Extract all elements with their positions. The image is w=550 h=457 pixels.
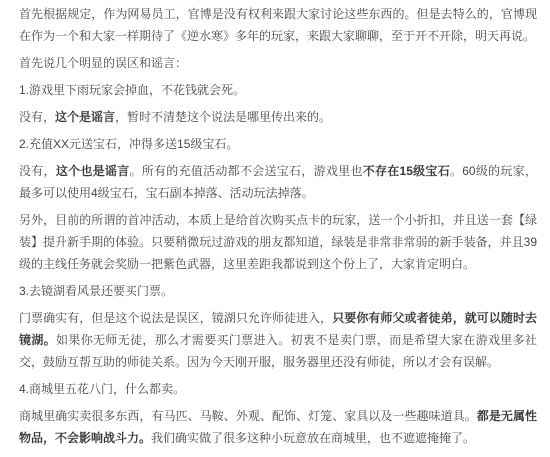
text-segment: 1.游戏里下雨玩家会掉血，不花钱就会死。 bbox=[19, 83, 245, 97]
article: 首先根据规定，作为网易员工，官博是没有权利来跟大家讨论这些东西的。但是去特么的，… bbox=[0, 0, 550, 457]
text-segment: 没有， bbox=[19, 164, 56, 178]
paragraph-rumor-2: 2.充值XX元送宝石，冲得多送15级宝石。 bbox=[19, 133, 537, 155]
paragraph-rumor-4-answer: 商城里确实卖很多东西，有马匹、马鞍、外观、配饰、灯笼、家具以及一些趣味道具。都是… bbox=[19, 405, 537, 449]
paragraph-intro: 首先根据规定，作为网易员工，官博是没有权利来跟大家讨论这些东西的。但是去特么的，… bbox=[19, 3, 537, 47]
paragraph-rumor-4: 4.商城里五花八门，什么都卖。 bbox=[19, 378, 537, 400]
text-segment: 3.去镜湖看风景还要买门票。 bbox=[19, 284, 173, 298]
paragraph-rumor-3: 3.去镜湖看风景还要买门票。 bbox=[19, 280, 537, 302]
text-segment: ，暂时不清楚这个说法是哪里传出来的。 bbox=[115, 110, 331, 124]
text-segment: 商城里确实卖很多东西，有马匹、马鞍、外观、配饰、灯笼、家具以及一些趣味道具。 bbox=[19, 409, 477, 423]
text-segment: 首先根据规定，作为网易员工，官博是没有权利来跟大家讨论这些东西的。但是去特么的，… bbox=[19, 7, 537, 43]
paragraph-rumor-2-extra: 另外，目前的所谓的首冲活动，本质上是给首次购买点卡的玩家，送一个小折扣，并且送一… bbox=[19, 209, 537, 275]
paragraph-rumor-2-answer: 没有，这个也是谣言。所有的充值活动都不会送宝石，游戏里也不存在15级宝石。60级… bbox=[19, 160, 537, 204]
text-segment: 门票确实有，但是这个说法是误区，镜湖只允许师徒进入， bbox=[19, 311, 332, 325]
paragraph-rumor-1-answer: 没有，这个是谣言，暂时不清楚这个说法是哪里传出来的。 bbox=[19, 106, 537, 128]
paragraph-rumor-3-answer: 门票确实有，但是这个说法是误区，镜湖只允许师徒进入，只要你有师父或者徒弟，就可以… bbox=[19, 307, 537, 373]
bold-segment: 这个是谣言 bbox=[55, 110, 115, 124]
text-segment: 另外，目前的所谓的首冲活动，本质上是给首次购买点卡的玩家，送一个小折扣，并且送一… bbox=[19, 213, 537, 271]
bold-segment: 不存在15级宝石 bbox=[363, 164, 450, 178]
paragraph-rumor-1: 1.游戏里下雨玩家会掉血，不花钱就会死。 bbox=[19, 79, 537, 101]
text-segment: 。所有的充值活动都不会送宝石，游戏里也 bbox=[129, 164, 362, 178]
text-segment: 首先说几个明显的误区和谣言： bbox=[19, 56, 187, 70]
bold-segment: 这个也是谣言 bbox=[56, 164, 130, 178]
text-segment: 2.充值XX元送宝石，冲得多送15级宝石。 bbox=[19, 137, 238, 151]
text-segment: 4.商城里五花八门，什么都卖。 bbox=[19, 382, 185, 396]
text-segment: 如果你无师无徒，那么才需要买门票进入。初衷不是卖门票，而是希望大家在游戏里多社交… bbox=[19, 333, 537, 369]
text-segment: 没有， bbox=[19, 110, 55, 124]
paragraph-lead: 首先说几个明显的误区和谣言： bbox=[19, 52, 537, 74]
text-segment: 我们确实做了很多这种小玩意放在商城里，也不遮遮掩掩了。 bbox=[151, 431, 475, 445]
